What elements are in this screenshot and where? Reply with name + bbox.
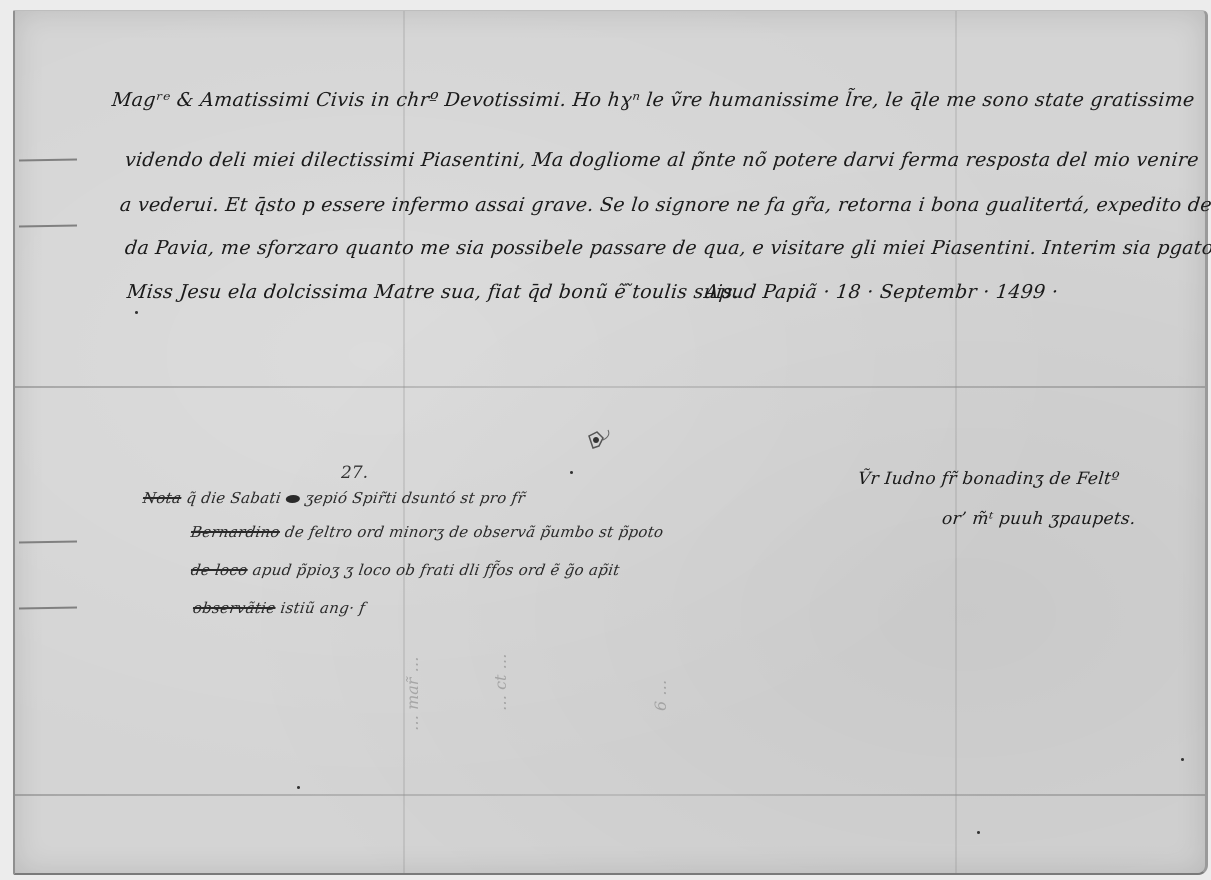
margin-tick xyxy=(19,606,77,609)
show-through-text: … mar̃ … xyxy=(403,656,422,731)
ink-blot xyxy=(285,495,300,503)
struck-word: observãtie xyxy=(192,599,277,617)
note-text: q̃ die Sabati xyxy=(180,489,287,507)
horizontal-fold-line-bottom xyxy=(15,794,1205,796)
show-through-text: 6 … xyxy=(651,680,670,711)
signature-line-2: or’ m̃ᵗ puuh ʒpaupets. xyxy=(941,509,1137,529)
vertical-fold-line xyxy=(403,11,405,873)
paper-speck xyxy=(570,471,573,474)
margin-tick xyxy=(19,540,77,543)
note-line-2: Bernardino de feltro ord minorʒ de obser… xyxy=(190,523,665,541)
letter-line-4: da Pavia, me sforzaro quanto me sia poss… xyxy=(124,237,1211,259)
date-line: Apud Papiã · 18 · Septembr · 1499 · xyxy=(704,281,1059,303)
paper-speck xyxy=(135,311,138,314)
paper-speck xyxy=(977,831,980,834)
note-line-1: Nota q̃ die Sabati ʒepió Spir̃ti dsuntó … xyxy=(142,489,527,507)
folio-number: 27. xyxy=(341,463,368,483)
struck-word: de loco xyxy=(190,561,249,579)
margin-tick xyxy=(19,158,77,161)
wax-seal-trace-icon xyxy=(581,426,611,456)
note-text: de feltro ord minorʒ de observã p̃umbo … xyxy=(279,523,665,541)
signature-line-1: Ṽr Iudno fr̃ bonadinʒ de Feltº xyxy=(857,469,1121,489)
letter-line-2: videndo deli miei dilectissimi Piasentin… xyxy=(124,149,1200,171)
letter-line-1: Magʳᵉ & Amatissimi Civis in chrº Devotis… xyxy=(111,89,1196,111)
note-text: apud p̃pioʒ ʒ loco ob frati dli ff̃os or… xyxy=(246,561,621,579)
note-text: istiũ ang· f xyxy=(274,599,366,617)
paper-speck xyxy=(1181,758,1184,761)
note-line-3: de loco apud p̃pioʒ ʒ loco ob frati dli … xyxy=(190,561,621,579)
struck-word: Bernardino xyxy=(190,523,281,541)
letter-sheet: Magʳᵉ & Amatissimi Civis in chrº Devotis… xyxy=(13,10,1208,875)
horizontal-fold-line xyxy=(15,386,1205,388)
struck-word: Nota xyxy=(142,489,183,507)
show-through-text: … ct … xyxy=(491,653,510,711)
vertical-fold-line-right xyxy=(955,11,957,873)
document-photograph: Magʳᵉ & Amatissimi Civis in chrº Devotis… xyxy=(0,0,1211,880)
note-line-4: observãtie istiũ ang· f xyxy=(192,599,367,617)
note-text: ʒepió Spir̃ti dsuntó st pro fr̃ xyxy=(299,489,527,507)
margin-tick xyxy=(19,224,77,227)
paper-speck xyxy=(297,786,300,789)
letter-line-3: a vederui. Et q̄sto p essere infermo ass… xyxy=(119,194,1211,216)
letter-line-5: Miss Jesu ela dolcissima Matre sua, fiat… xyxy=(126,281,740,303)
